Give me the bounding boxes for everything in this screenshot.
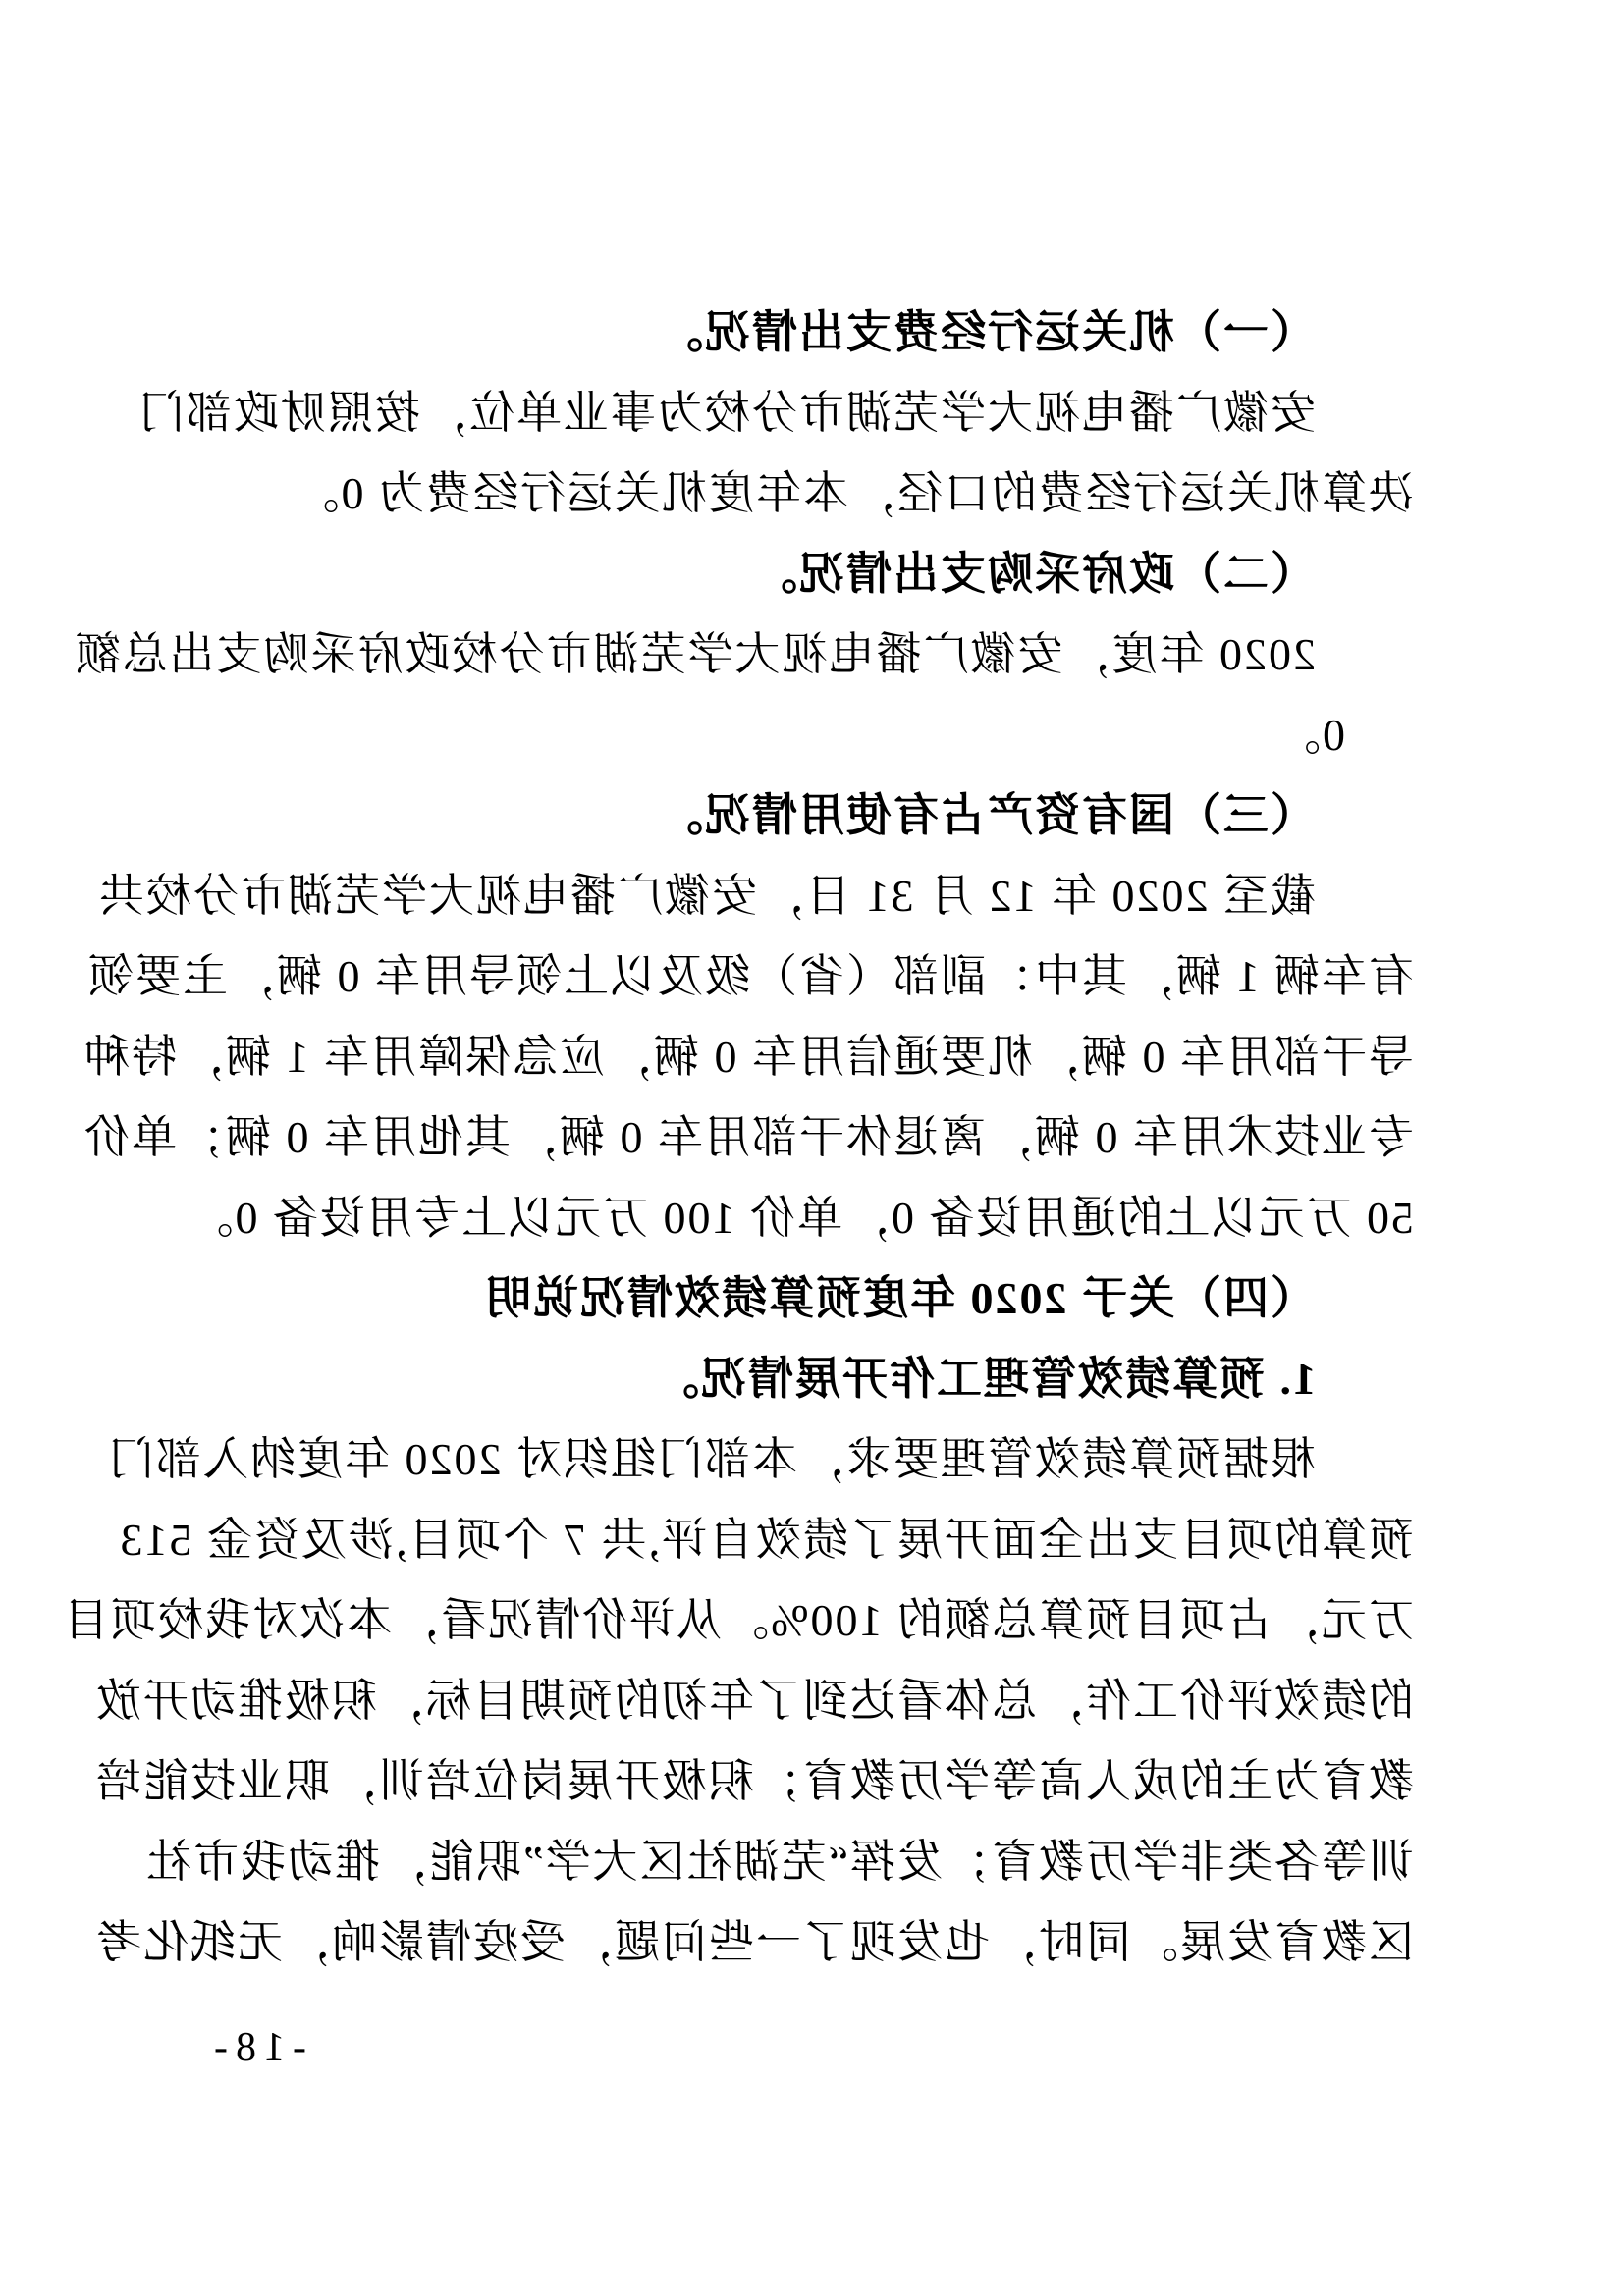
text-line: 专业技术用车 0 辆，离退休干部用车 0 辆，其他用车 0 辆；单价	[190, 1097, 1414, 1178]
text-line: 50 万元以上的通用设备 0，单价 100 万元以上专用设备 0。	[190, 1178, 1414, 1258]
heading-line: 1. 预算绩效管理工作开展情况。	[190, 1339, 1414, 1419]
document-page: （一）机关运行经费支出情况。安徽广播电视大学芜湖市分校为事业单位，按照财政部门决…	[0, 0, 1624, 2296]
page-number: -18-	[206, 2024, 306, 2071]
text-line: 决算机关运行经费的口径，本年度机关运行经费为 0。	[190, 454, 1414, 534]
text-line: 截至 2020 年 12 月 31 日，安徽广播电视大学芜湖市分校共	[190, 856, 1414, 936]
mirrored-content: （一）机关运行经费支出情况。安徽广播电视大学芜湖市分校为事业单位，按照财政部门决…	[0, 0, 1624, 2296]
text-line: 2020 年度，安徽广播电视大学芜湖市分校政府采购支出总额	[190, 614, 1414, 695]
text-line: 训等各类非学历教育；发挥“芜湖社区大学”职能，推动我市社	[190, 1822, 1414, 1902]
text-line: 安徽广播电视大学芜湖市分校为事业单位，按照财政部门	[190, 373, 1414, 454]
text-line: 根据预算绩效管理要求，本部门组织对 2020 年度纳入部门	[190, 1419, 1414, 1500]
text-line: 0。	[190, 695, 1414, 775]
heading-line: （四）关于 2020 年度预算绩效情况说明	[190, 1258, 1414, 1339]
text-line: 预算的项目支出全面开展了绩效自评,共 7 个项目,涉及资金 513	[190, 1500, 1414, 1580]
text-line: 万元，占项目预算总额的 100%。从评价情况看，本次对我校项目	[190, 1580, 1414, 1661]
text-line: 导干部用车 0 辆，机要通信用车 0 辆，应急保障用车 1 辆，特种	[190, 1017, 1414, 1097]
text-line: 的绩效评价工作，总体看达到了年初的预期目标，积极推动开放	[190, 1661, 1414, 1741]
text-line: 区教育发展。同时，也发现了一些问题，受疫情影响，无纸化考	[190, 1902, 1414, 1983]
heading-line: （二）政府采购支出情况。	[190, 534, 1414, 614]
heading-line: （一）机关运行经费支出情况。	[190, 293, 1414, 373]
text-block: （一）机关运行经费支出情况。安徽广播电视大学芜湖市分校为事业单位，按照财政部门决…	[190, 293, 1414, 1983]
text-line: 有车辆 1 辆，其中：副部（省）级及以上领导用车 0 辆，主要领	[190, 936, 1414, 1017]
heading-line: （三）国有资产占有使用情况。	[190, 775, 1414, 856]
text-line: 教育为主的成人高等学历教育；积极开展岗位培训，职业技能培	[190, 1741, 1414, 1822]
